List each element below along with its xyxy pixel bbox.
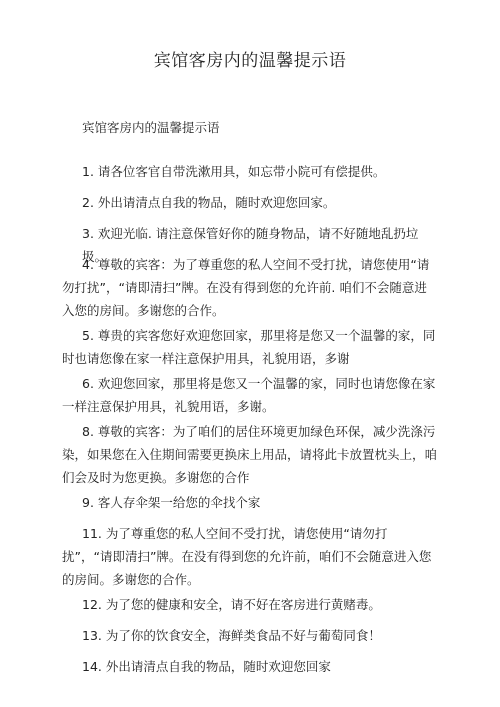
tip-item-9: 9. 客人存伞架一给您的伞找个家	[82, 491, 442, 514]
document-title: 宾馆客房内的温馨提示语	[0, 46, 500, 71]
tip-item-6: 6. 欢迎您回家，那里将是您又一个温馨的家，同时也请您像在家一样注意保护用具，礼…	[62, 372, 437, 418]
tip-item-5: 5. 尊贵的宾客您好欢迎您回家，那里将是您又一个温馨的家，同时也请您像在家一样注…	[62, 324, 437, 370]
tip-item-12: 12. 为了您的健康和安全，请不好在客房进行黄赌毒。	[82, 593, 442, 616]
document-subtitle: 宾馆客房内的温馨提示语	[82, 118, 220, 136]
tip-item-1: 1. 请各位客官自带洗漱用具，如忘带小院可有偿提供。	[82, 160, 442, 183]
tip-item-4: 4. 尊敬的宾客：为了尊重您的私人空间不受打扰，请您使用“请勿打扰”，“请即清扫…	[62, 253, 437, 322]
tip-item-8: 8. 尊敬的宾客：为了咱们的居住环境更加绿色环保，减少洗涤污染，如果您在入住期间…	[62, 420, 437, 489]
tip-item-2: 2. 外出请清点自我的物品，随时欢迎您回家。	[82, 191, 442, 214]
tip-item-11: 11. 为了尊重您的私人空间不受打扰，请您使用“请勿打扰”，“请即清扫”牌。在没…	[62, 522, 437, 591]
tip-item-13: 13. 为了你的饮食安全，海鲜类食品不好与葡萄同食！	[82, 624, 442, 647]
tip-item-14: 14. 外出请清点自我的物品，随时欢迎您回家	[82, 655, 442, 678]
